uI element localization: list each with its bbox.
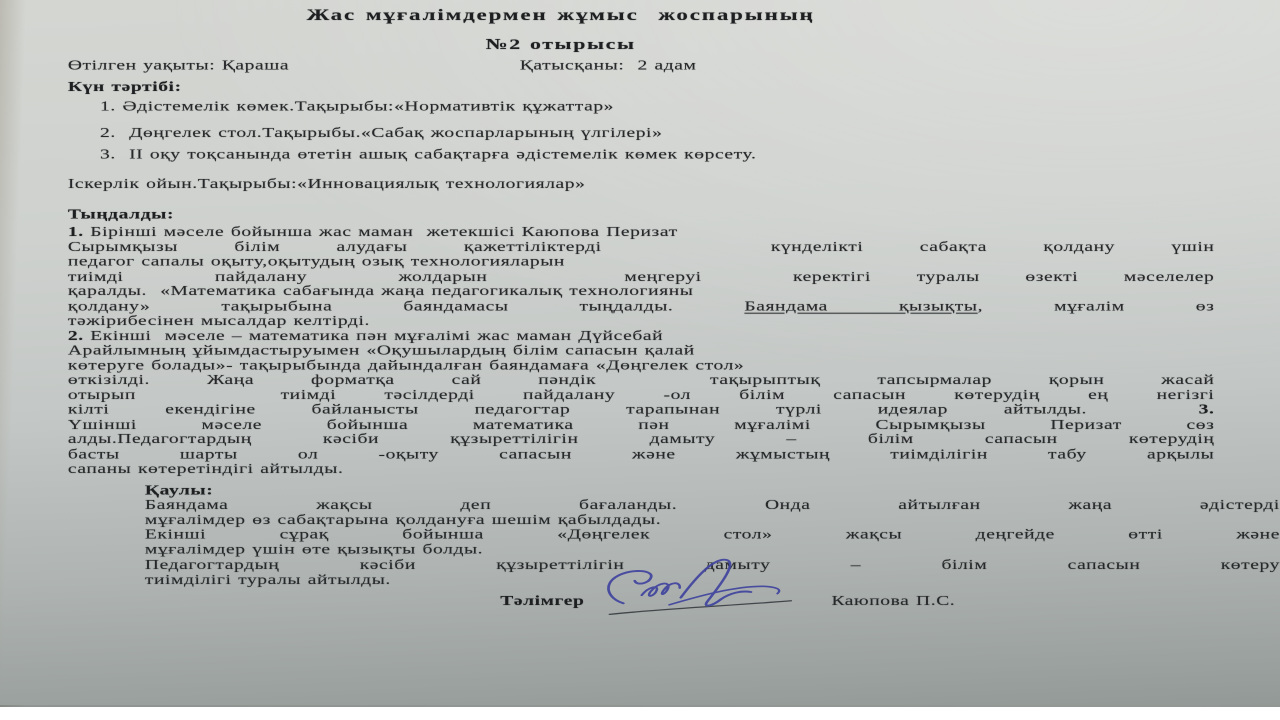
agenda-item: 1. Әдістемелік көмек.Тақырыбы:«Нормативт… — [100, 99, 1204, 114]
signature-row: Тәлімгер Каюпова П.С. — [0, 594, 1280, 626]
item-number: 1. — [68, 224, 84, 239]
heard-heading: Тыңдалды: — [68, 207, 174, 222]
text-line: 2. Екінші мәселе – математика пән мұғалі… — [68, 328, 1215, 343]
text-line: педагог сапалы оқыту,оқытудың озық техно… — [68, 254, 1215, 269]
text-line: басты шарты ол -оқыту сапасын және жұмыс… — [68, 447, 1215, 462]
text-line: көтеруге болады»- тақырыбында дайындалға… — [68, 358, 1215, 373]
text-line: қолдану» тақырыбына баяндамасы тыңдалды.… — [68, 299, 1215, 314]
text-line: отырып тиімді тәсілдерді пайдалану -ол б… — [68, 388, 1215, 403]
signer-name: Каюпова П.С. — [831, 594, 955, 609]
text-line: тәжірибесінен мысалдар келтірді. — [68, 314, 1215, 329]
meta-held-date: Өтілген уақыты: Қараша — [68, 58, 289, 73]
agenda-heading: Күн тәртібі: — [68, 80, 182, 95]
text-line: Үшінші мәселе бойынша математика пән мұғ… — [68, 417, 1215, 432]
text-line: Сырымқызы білім алудағы қажеттіліктерді … — [68, 240, 1215, 255]
underlined-phrase: Баяндама қызықты — [744, 298, 977, 313]
item-number: 2. — [68, 328, 84, 343]
signature-role-label: Тәлімгер — [500, 594, 584, 609]
agenda-item: 2. Дөңгелек стол.Тақырыбы.«Сабақ жоспарл… — [100, 125, 1204, 140]
heard-paragraphs: 1. Бірінші мәселе бойынша жас маман жете… — [68, 225, 1215, 477]
document-sheet: Жас мұғалімдермен жұмыс жоспарының №2 от… — [0, 0, 1280, 706]
document-photo: Жас мұғалімдермен жұмыс жоспарының №2 от… — [0, 0, 1280, 707]
text-line: кілті екендігіне байланысты педагогтар т… — [68, 402, 1215, 417]
business-game-line: Іскерлік ойын.Тақырыбы:«Инновациялық тех… — [68, 177, 1172, 192]
doc-title-text: Жас мұғалімдермен жұмыс жоспарының — [307, 6, 815, 24]
agenda-list: 1. Әдістемелік көмек.Тақырыбы:«Нормативт… — [100, 99, 1204, 162]
meta-row: Өтілген уақыты: Қараша Қатысқаны: 2 адам — [68, 58, 1103, 73]
resolution-heading: Қаулы: — [145, 483, 213, 498]
meta-attendance: Қатысқаны: 2 адам — [520, 58, 697, 73]
item-number: 3. — [1199, 402, 1215, 417]
text-line: қаралды. «Математика сабағында жаңа педа… — [68, 284, 1215, 299]
meeting-number-text: №2 отырысы — [486, 36, 636, 53]
text-line: Екінші сұрақ бойынша «Дөңгелек стол» жақ… — [145, 528, 1280, 543]
doc-title: Жас мұғалімдермен жұмыс жоспарының — [0, 8, 1121, 23]
text-line: алды.Педагогтардың кәсіби құзыреттілігін… — [68, 432, 1215, 447]
text-line: тиімді пайдалану жолдарын меңгеруі керек… — [68, 269, 1215, 284]
text-line: Арайлымның ұйымдастыруымен «Оқушылардың … — [68, 343, 1215, 358]
text-line: сапаны көтеретіндігі айтылды. — [68, 462, 1215, 477]
text-line: мұғалімдер өз сабақтарына қолдануға шеші… — [145, 513, 1280, 528]
text-line: 1. Бірінші мәселе бойынша жас маман жете… — [68, 225, 1215, 240]
agenda-item: 3. ІІ оқу тоқсанында өтетін ашық сабақта… — [100, 147, 1204, 162]
text-line: өткізілді. Жаңа форматқа сай пәндік тақы… — [68, 373, 1215, 388]
meeting-number: №2 отырысы — [0, 38, 1121, 53]
text-line: Баяндама жақсы деп бағаланды. Онда айтыл… — [145, 498, 1280, 513]
